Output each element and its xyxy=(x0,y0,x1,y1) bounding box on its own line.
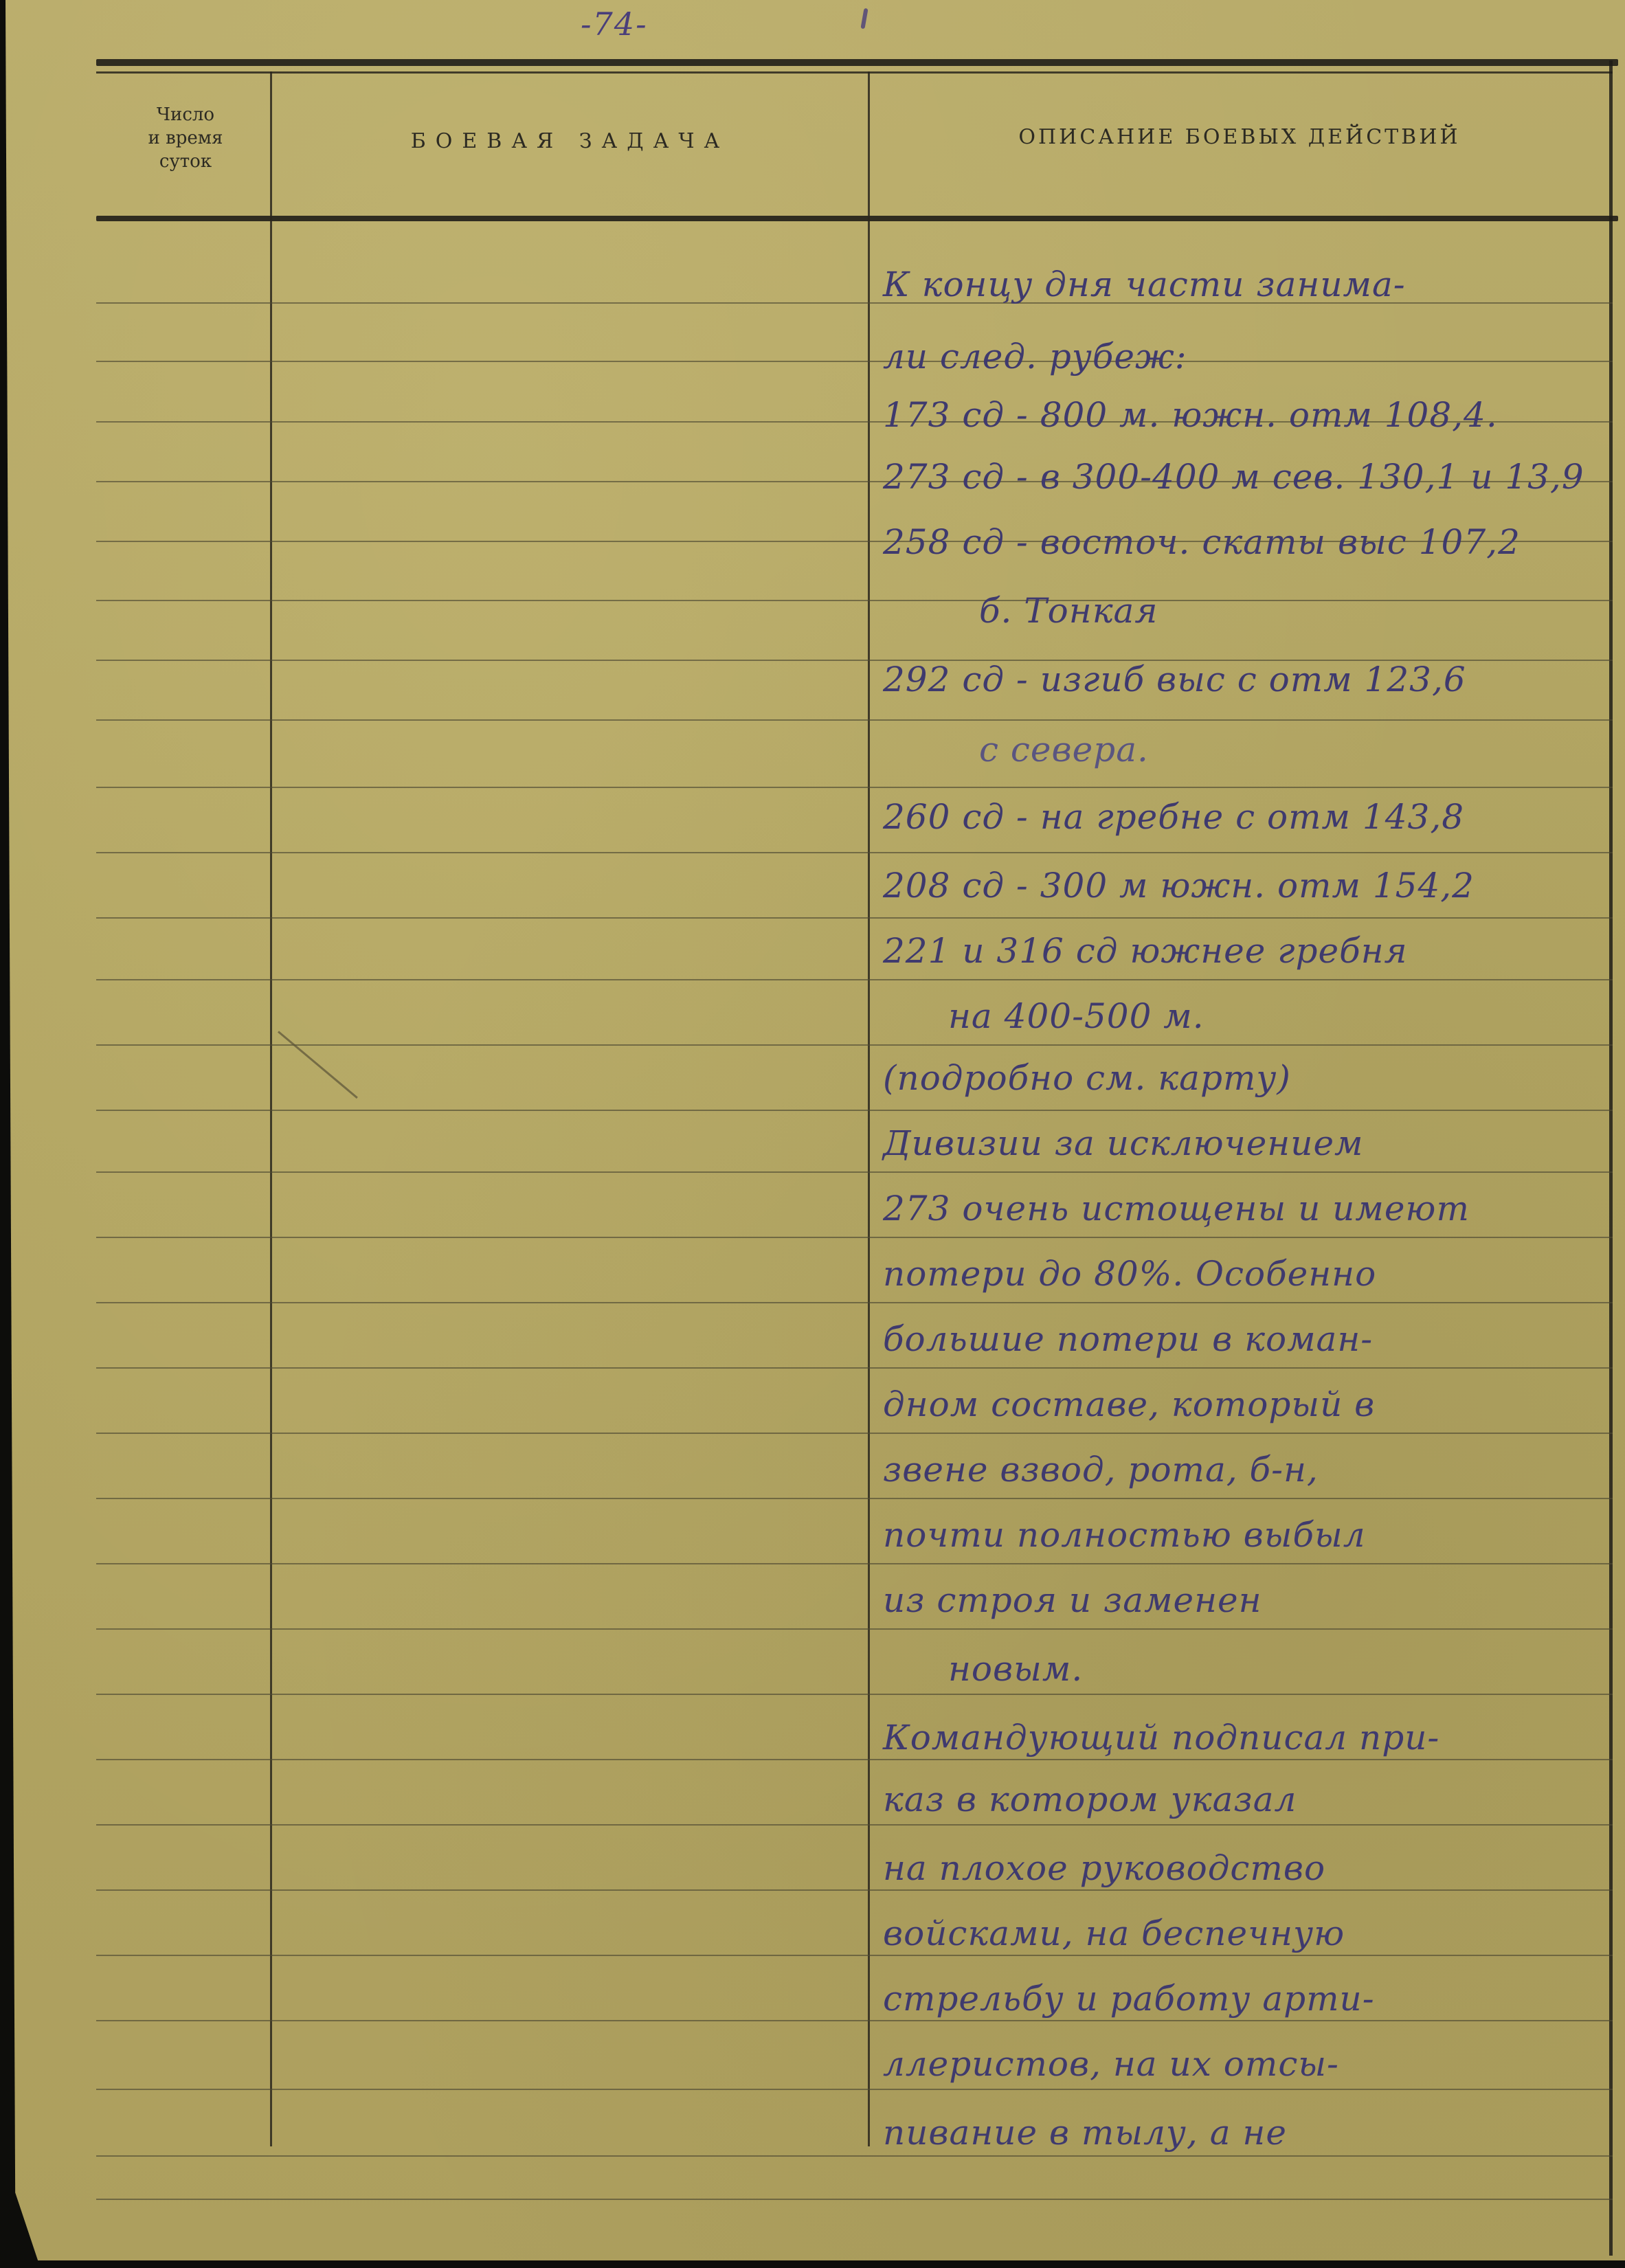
description-line: К концу дня части занима- xyxy=(883,265,1406,304)
ruled-line xyxy=(96,1498,1613,1499)
ruled-line xyxy=(96,1367,1613,1369)
description-line: потери до 80%. Особенно xyxy=(883,1254,1376,1294)
column-divider-1 xyxy=(270,71,272,2146)
ruled-line xyxy=(96,917,1613,919)
right-border xyxy=(1609,60,1613,2256)
description-line: 273 очень истощены и имеют xyxy=(883,1189,1470,1228)
ruled-line xyxy=(96,1759,1613,1760)
ruled-line xyxy=(96,1563,1613,1564)
description-line: на 400-500 м. xyxy=(948,996,1204,1036)
ruled-line xyxy=(96,1955,1613,1956)
ruled-line xyxy=(96,1110,1613,1111)
ruled-line xyxy=(96,2199,1613,2200)
description-line: 273 сд - в 300-400 м сев. 130,1 и 13,9 xyxy=(883,457,1584,497)
description-line: ли след. рубеж: xyxy=(883,337,1187,377)
description-line: почти полностью выбыл xyxy=(883,1515,1366,1555)
ruled-line xyxy=(96,1044,1613,1046)
header-date-time-line2: и время xyxy=(137,126,234,150)
ruled-line xyxy=(96,1694,1613,1695)
ruled-line xyxy=(96,1171,1613,1173)
description-line: новым. xyxy=(948,1649,1083,1689)
header-date-time: Число и время суток xyxy=(137,103,234,173)
ruled-line xyxy=(96,1628,1613,1630)
ruled-line xyxy=(96,1433,1613,1434)
description-line: 260 сд - на гребне с отм 143,8 xyxy=(883,797,1464,837)
description-line: большие потери в коман- xyxy=(883,1319,1373,1359)
document-sheet xyxy=(5,0,1625,2260)
page-number: -74- xyxy=(581,5,648,43)
header-combat-description: ОПИСАНИЕ БОЕВЫХ ДЕЙСТВИЙ xyxy=(870,125,1609,149)
ruled-line xyxy=(96,2155,1613,2157)
description-line: Дивизии за исключением xyxy=(883,1123,1364,1163)
description-line: Командующий подписал при- xyxy=(883,1718,1439,1758)
ruled-line xyxy=(96,787,1613,788)
description-line: на плохое руководство xyxy=(883,1848,1325,1888)
ruled-line xyxy=(96,852,1613,853)
description-line: ллеристов, на их отсы- xyxy=(883,2044,1339,2084)
top-rule-thin xyxy=(96,71,1613,74)
ruled-line xyxy=(96,979,1613,980)
header-date-time-line3: суток xyxy=(137,150,234,173)
column-divider-2 xyxy=(868,71,870,2146)
ruled-line xyxy=(96,2020,1613,2021)
description-line: войсками, на беспечную xyxy=(883,1913,1345,1953)
description-line: пивание в тылу, а не xyxy=(883,2113,1287,2153)
description-line: каз в котором указал xyxy=(883,1779,1297,1819)
description-line: 208 сд - 300 м южн. отм 154,2 xyxy=(883,866,1475,906)
ruled-line xyxy=(96,1889,1613,1891)
ruled-line xyxy=(96,1824,1613,1826)
description-line: стрельбу и работу арти- xyxy=(883,1979,1375,2019)
ruled-line xyxy=(96,600,1613,601)
description-line: с севера. xyxy=(979,730,1149,770)
ruled-line xyxy=(96,1302,1613,1303)
description-line: 292 сд - изгиб выс с отм 123,6 xyxy=(883,660,1466,699)
header-bottom-rule xyxy=(96,216,1618,221)
description-line: 173 сд - 800 м. южн. отм 108,4. xyxy=(883,395,1498,435)
description-line: из строя и заменен xyxy=(883,1580,1262,1620)
description-line: звене взвод, рота, б-н, xyxy=(883,1450,1319,1490)
top-rule-thick xyxy=(96,59,1618,66)
header-date-time-line1: Число xyxy=(137,103,234,126)
description-line: 221 и 316 сд южнее гребня xyxy=(883,931,1408,971)
description-line: 258 сд - восточ. скаты выс 107,2 xyxy=(883,522,1521,562)
description-line: б. Тонкая xyxy=(979,591,1158,631)
header-combat-task: БОЕВАЯ ЗАДАЧА xyxy=(272,129,868,153)
ruled-line xyxy=(96,2089,1613,2090)
ruled-line xyxy=(96,361,1613,362)
ruled-line xyxy=(96,719,1613,721)
description-line: (подробно см. карту) xyxy=(883,1058,1291,1098)
description-line: дном составе, который в xyxy=(883,1384,1375,1424)
ruled-line xyxy=(96,1237,1613,1238)
